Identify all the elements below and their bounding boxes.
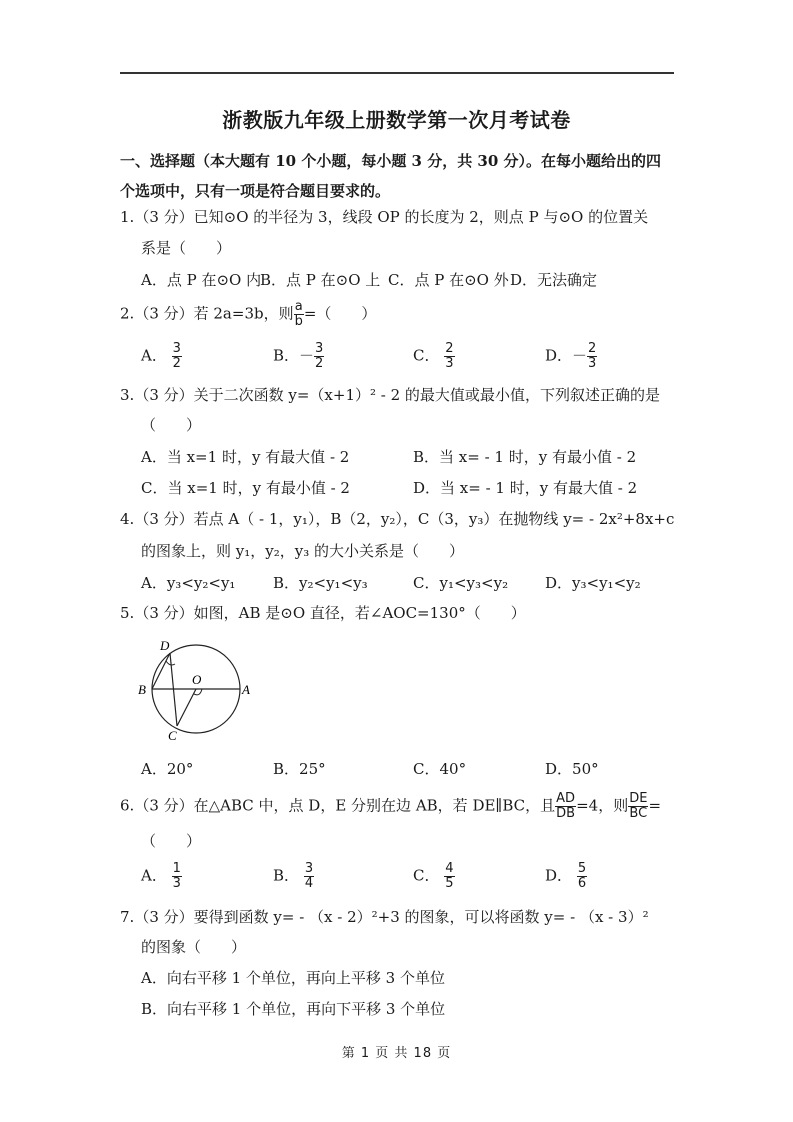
question-number: 6. [120,797,134,815]
numerator: 4 [444,862,454,877]
question-score: （3 分） [134,386,193,404]
q7-option-a[interactable]: A．向右平移 1 个单位，再向上平移 3 个单位 [141,967,445,988]
option-label: C． [413,347,439,365]
question-score: （3 分） [134,797,193,815]
q2-option-b[interactable]: B．－32 [273,342,324,371]
question-number: 1. [120,208,134,226]
question-score: （3 分） [134,208,193,226]
option-label: B． [273,867,299,885]
question-3: 3.（3 分）关于二次函数 y=（x+1）² - 2 的最大值或最小值，下列叙述… [120,384,660,405]
question-5: 5.（3 分）如图，AB 是⊙O 直径，若∠AOC=130°（ ） [120,602,526,623]
denominator: 4 [304,877,314,891]
option-label: D． [545,867,572,885]
q6-option-c[interactable]: C． 45 [413,862,455,891]
q3-option-d[interactable]: D．当 x= - 1 时，y 有最大值 - 2 [413,477,637,498]
fraction: 32 [314,342,324,371]
label-o: O [192,672,202,687]
page-title: 浙教版九年级上册数学第一次月考试卷 [0,104,793,133]
circle-diagram: D B O A C [130,634,260,744]
q4-option-b[interactable]: B．y₂<y₁<y₃ [273,572,368,593]
numerator: 3 [304,862,314,877]
question-text-tail: =（ ） [304,305,377,323]
question-text: 要得到函数 y= - （x - 2）²+3 的图象，可以将函数 y= - （x … [194,908,649,926]
question-1-line2: 系是（ ） [141,237,231,258]
question-number: 7. [120,908,134,926]
fraction: 32 [172,342,182,371]
question-number: 4. [120,510,134,528]
denominator: 5 [444,877,454,891]
fraction-ad-db: ADDB [555,792,576,821]
q6-option-a[interactable]: A． 13 [141,862,182,891]
numerator: 5 [577,862,587,877]
question-text-tail: = [648,797,661,815]
section-heading-line1: 一、选择题（本大题有 10 个小题，每小题 3 分，共 30 分）。在每小题给出… [120,146,676,176]
question-number: 5. [120,604,134,622]
question-4: 4.（3 分）若点 A（ - 1，y₁），B（2，y₂），C（3，y₃）在抛物线… [120,508,674,529]
question-score: （3 分） [134,908,193,926]
fraction-de-bc: DEBC [628,792,648,821]
question-score: （3 分） [134,305,193,323]
denominator: 2 [314,357,324,371]
denominator: b [294,315,304,329]
q7-option-b[interactable]: B．向右平移 1 个单位，再向下平移 3 个单位 [141,998,445,1019]
question-1: 1.（3 分）已知⊙O 的半径为 3，线段 OP 的长度为 2，则点 P 与⊙O… [120,206,648,227]
fraction: ab [294,300,304,329]
denominator: 3 [172,877,182,891]
option-label: C． [413,867,439,885]
question-6: 6.（3 分）在△ABC 中，点 D，E 分别在边 AB，若 DE∥BC，且AD… [120,792,661,821]
q5-option-a[interactable]: A．20° [141,758,193,779]
question-score: （3 分） [134,604,193,622]
fraction: 23 [444,342,454,371]
q5-option-d[interactable]: D．50° [545,758,599,779]
fraction: 23 [587,342,597,371]
sign: － [299,347,314,365]
question-text: 若 2a=3b，则 [194,305,294,323]
numerator: 2 [444,342,454,357]
label-b: B [138,682,146,697]
question-7-line2: 的图象（ ） [141,936,246,957]
numerator: 2 [587,342,597,357]
fraction: 34 [304,862,314,891]
question-2: 2.（3 分）若 2a=3b，则ab=（ ） [120,300,376,329]
denominator: BC [628,807,648,821]
q1-option-a[interactable]: A．点 P 在⊙O 内 [141,269,261,290]
question-7: 7.（3 分）要得到函数 y= - （x - 2）²+3 的图象，可以将函数 y… [120,906,649,927]
q2-option-a[interactable]: A． 32 [141,342,182,371]
question-text: 在△ABC 中，点 D，E 分别在边 AB，若 DE∥BC，且 [194,797,556,815]
denominator: 6 [577,877,587,891]
option-label: A． [141,347,167,365]
q6-option-b[interactable]: B． 34 [273,862,314,891]
question-text: 已知⊙O 的半径为 3，线段 OP 的长度为 2，则点 P 与⊙O 的位置关 [194,208,648,226]
option-label: D． [545,347,572,365]
page-footer: 第 1 页 共 18 页 [0,1042,793,1061]
q1-option-c[interactable]: C．点 P 在⊙O 外 [388,269,509,290]
label-c: C [168,728,177,743]
denominator: 3 [587,357,597,371]
numerator: a [294,300,304,315]
q2-option-c[interactable]: C． 23 [413,342,455,371]
question-text: 如图，AB 是⊙O 直径，若∠AOC=130°（ ） [194,604,526,622]
numerator: AD [555,792,576,807]
question-text: 关于二次函数 y=（x+1）² - 2 的最大值或最小值，下列叙述正确的是 [194,386,660,404]
question-number: 2. [120,305,134,323]
q6-option-d[interactable]: D． 56 [545,862,587,891]
q3-option-b[interactable]: B．当 x= - 1 时，y 有最小值 - 2 [413,446,636,467]
numerator: DE [628,792,648,807]
q4-option-d[interactable]: D．y₃<y₁<y₂ [545,572,641,593]
q1-option-d[interactable]: D．无法确定 [510,269,597,290]
q2-option-d[interactable]: D．－23 [545,342,597,371]
question-score: （3 分） [134,510,193,528]
question-text: 若点 A（ - 1，y₁），B（2，y₂），C（3，y₃）在抛物线 y= - 2… [194,510,675,528]
header-rule [120,72,674,74]
numerator: 1 [172,862,182,877]
fraction: 56 [577,862,587,891]
option-label: B． [273,347,299,365]
question-number: 3. [120,386,134,404]
question-text-mid: =4，则 [576,797,628,815]
q5-option-b[interactable]: B．25° [273,758,326,779]
q1-option-b[interactable]: B．点 P 在⊙O 上 [260,269,380,290]
denominator: 2 [172,357,182,371]
denominator: DB [555,807,576,821]
numerator: 3 [314,342,324,357]
fraction: 45 [444,862,454,891]
option-label: A． [141,867,167,885]
numerator: 3 [172,342,182,357]
q5-option-c[interactable]: C．40° [413,758,466,779]
q3-option-a[interactable]: A．当 x=1 时，y 有最大值 - 2 [141,446,349,467]
section-heading-line2: 个选项中，只有一项是符合题目要求的。 [120,176,676,206]
fraction: 13 [172,862,182,891]
section-heading: 一、选择题（本大题有 10 个小题，每小题 3 分，共 30 分）。在每小题给出… [120,146,676,206]
label-d: D [159,638,170,653]
question-4-line2: 的图象上，则 y₁，y₂，y₃ 的大小关系是（ ） [141,540,464,561]
label-a: A [241,682,250,697]
denominator: 3 [444,357,454,371]
question-6-line2: （ ） [141,830,201,851]
circle-figure: D B O A C [130,634,260,748]
sign: － [572,347,587,365]
q4-option-c[interactable]: C．y₁<y₃<y₂ [413,572,508,593]
q3-option-c[interactable]: C．当 x=1 时，y 有最小值 - 2 [141,477,350,498]
question-3-line2: （ ） [141,414,201,435]
q4-option-a[interactable]: A．y₃<y₂<y₁ [141,572,235,593]
